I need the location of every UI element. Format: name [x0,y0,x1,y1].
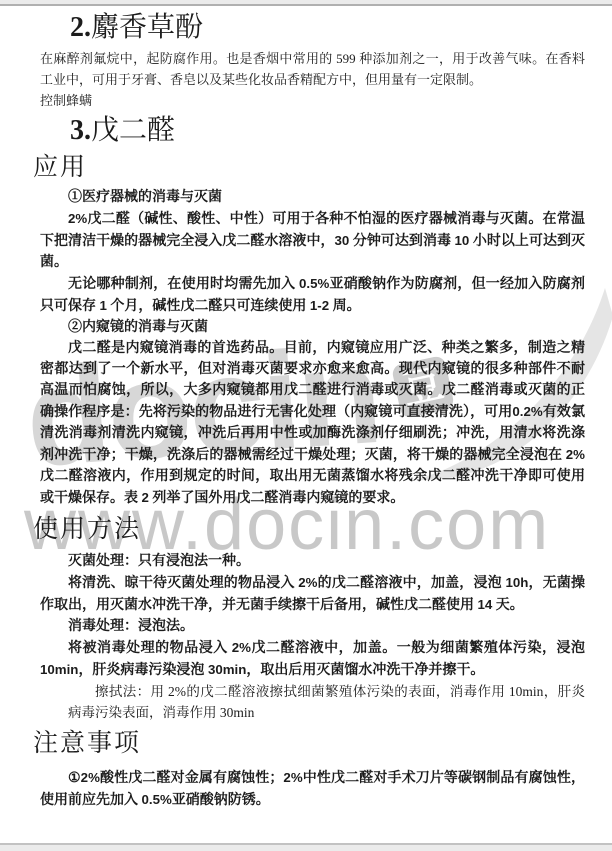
paragraph-usage-wipe: 擦拭法：用 2%的戊二醛溶液擦拭细菌繁殖体污染的表面，消毒作用 10min，肝炎… [68,681,585,723]
paragraph-usage-sterilize: 将清洗、晾干待灭菌处理的物品浸入 2%的戊二醛溶液中，加盖，浸泡 10h，无菌操… [40,572,585,616]
paragraph-application-preservative: 无论哪种制剂，在使用时均需先加入 0.5%亚硝酸钠作为防腐剂，但一经加入防腐剂只… [40,273,585,317]
document-page: { "colors": { "text": "#1c1c1c", "waterm… [0,0,612,851]
paragraph-thymol-uses: 在麻醉剂氟烷中，起防腐作用。也是香烟中常用的 599 种添加剂之一，用于改善气味… [40,48,585,90]
section-number-thymol: 2. [70,12,91,43]
subheading-notes: 注意事项 [33,729,585,759]
section-number-glutaraldehyde: 3. [70,115,91,146]
paragraph-usage-sterilize-title: 灭菌处理：只有浸泡法一种。 [40,551,585,572]
section-heading-glutaraldehyde: 3.戊二醛 [70,115,585,147]
section-heading-thymol: 2.麝香草酚 [70,12,585,44]
paragraph-application-devices: 2%戊二醛（碱性、酸性、中性）可用于各种不怕湿的医疗器械消毒与灭菌。在常温下把清… [40,208,585,273]
paragraph-thymol-mites: 控制蜂螨 [40,90,585,111]
page-gap-bottom [0,843,612,851]
section-title-thymol: 麝香草酚 [91,12,203,43]
paragraph-application-endoscope: 戊二醛是内窥镜消毒的首选药品。目前，内窥镜应用广泛、种类之繁多，制造之精密都达到… [40,338,585,509]
document-content: 2.麝香草酚 在麻醉剂氟烷中，起防腐作用。也是香烟中常用的 599 种添加剂之一… [0,6,612,811]
subheading-usage: 使用方法 [33,515,585,545]
paragraph-notes-corrosion: ①2%酸性戊二醛对金属有腐蚀性；2%中性戊二醛对手术刀片等碳钢制品有腐蚀性，使用… [40,767,585,811]
paragraph-usage-disinfect: 将被消毒处理的物品浸入 2%戊二醛溶液中，加盖。一般为细菌繁殖体污染，浸泡 10… [40,637,585,681]
paragraph-application-item2: ②内窥镜的消毒与灭菌 [40,317,585,338]
paragraph-usage-disinfect-title: 消毒处理：浸泡法。 [40,616,585,637]
subheading-application: 应用 [33,153,585,183]
section-title-glutaraldehyde: 戊二醛 [91,115,175,146]
paragraph-application-item1: ①医疗器械的消毒与灭菌 [40,187,585,208]
